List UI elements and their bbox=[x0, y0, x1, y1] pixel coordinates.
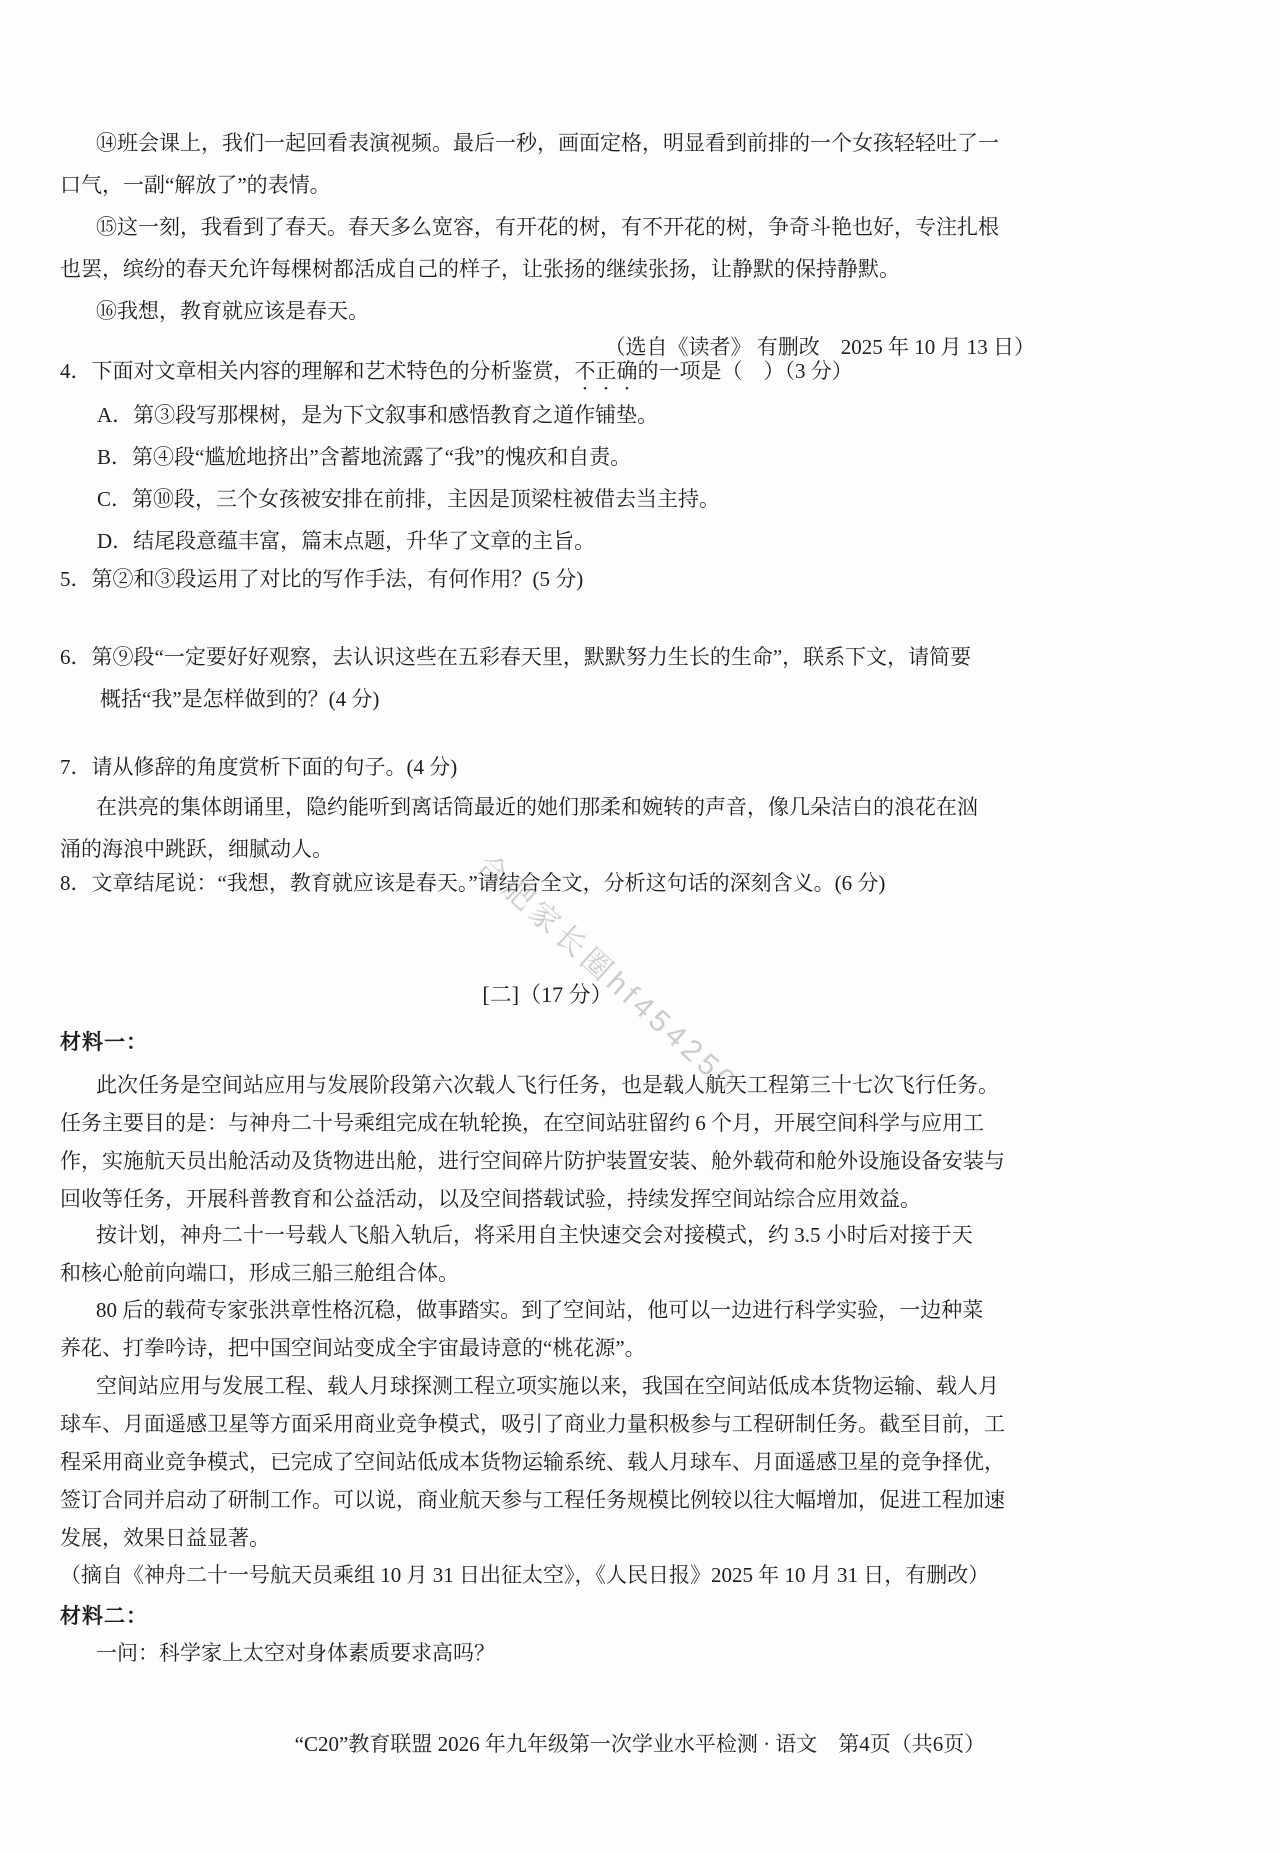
material-1-label: 材料一： bbox=[60, 1022, 1035, 1064]
passage-paragraph-15: ⑮这一刻，我看到了春天。春天多么宽容，有开花的树，有不开花的树，争奇斗艳也好，专… bbox=[60, 206, 1035, 290]
material-2-label: 材料二： bbox=[60, 1596, 1035, 1638]
question-4: 4．下面对文章相关内容的理解和艺术特色的分析鉴赏，不正确的一项是（ ）（3 分） bbox=[60, 350, 1075, 395]
section-2-header: [二]（17 分） bbox=[60, 974, 1035, 1016]
question-4-option-c: C．第⑩段，三个女孩被安排在前排，主因是顶梁柱被借去当主持。 bbox=[60, 478, 1072, 520]
question-4-option-d: D．结尾段意蕴丰富，篇末点题，升华了文章的主旨。 bbox=[60, 520, 1072, 562]
question-4-option-b: B．第④段“尴尬地挤出”含蓄地流露了“我”的愧疚和自责。 bbox=[60, 436, 1072, 478]
material-1-paragraph-3: 80 后的载荷专家张洪章性格沉稳，做事踏实。到了空间站，他可以一边进行科学实验，… bbox=[60, 1291, 1035, 1367]
question-4-prefix: 4．下面对文章相关内容的理解和艺术特色的分析鉴赏， bbox=[60, 359, 575, 383]
question-4-option-a: A．第③段写那棵树，是为下文叙事和感悟教育之道作铺垫。 bbox=[60, 394, 1072, 436]
page-footer: “C20”教育联盟 2026 年九年级第一次学业水平检测 · 语文 第4页（共6… bbox=[0, 1729, 1280, 1759]
material-1-paragraph-1: 此次任务是空间站应用与发展阶段第六次载人飞行任务，也是载人航天工程第三十七次飞行… bbox=[60, 1066, 1035, 1218]
exam-page: 合肥家长圈hf454250 ⑭班会课上，我们一起回看表演视频。最后一秒，画面定格… bbox=[0, 0, 1280, 1853]
material-1-paragraph-2: 按计划，神舟二十一号载人飞船入轨后，将采用自主快速交会对接模式，约 3.5 小时… bbox=[60, 1216, 1035, 1292]
question-4-emphasis: 不正确 bbox=[575, 359, 638, 383]
question-7-quoted-sentence: 在洪亮的集体朗诵里，隐约能听到离话筒最近的她们那柔和婉转的声音，像几朵洁白的浪花… bbox=[60, 786, 1035, 870]
question-6: 6．第⑨段“一定要好好观察，去认识这些在五彩春天里，默默努力生长的生命”，联系下… bbox=[60, 636, 1075, 720]
material-2-question-1: 一问：科学家上太空对身体素质要求高吗？ bbox=[60, 1634, 1035, 1672]
material-1-source: （摘自《神舟二十一号航天员乘组 10 月 31 日出征太空》，《人民日报》202… bbox=[60, 1556, 1035, 1594]
passage-paragraph-14: ⑭班会课上，我们一起回看表演视频。最后一秒，画面定格，明显看到前排的一个女孩轻轻… bbox=[60, 122, 1035, 206]
question-4-suffix: 的一项是（ ）（3 分） bbox=[638, 359, 853, 383]
question-5: 5．第②和③段运用了对比的写作手法，有何作用？(5 分) bbox=[60, 558, 1075, 600]
question-8: 8．文章结尾说：“我想，教育就应该是春天。”请结合全文，分析这句话的深刻含义。(… bbox=[60, 862, 1075, 904]
material-1-paragraph-4: 空间站应用与发展工程、载人月球探测工程立项实施以来，我国在空间站低成本货物运输、… bbox=[60, 1367, 1035, 1557]
question-7: 7．请从修辞的角度赏析下面的句子。(4 分) bbox=[60, 746, 1075, 788]
